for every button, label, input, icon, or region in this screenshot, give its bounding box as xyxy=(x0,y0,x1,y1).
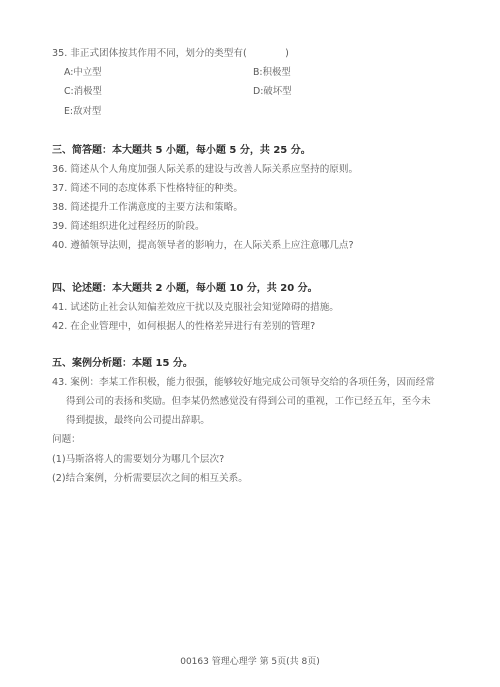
question-label: 问题： xyxy=(52,434,81,446)
question-43-case-line-1: 43.案例：李某工作积极，能力很强，能够较好地完成公司领导交给的各项任务，因而经… xyxy=(52,377,435,389)
question-text: 非正式团体按其作用不同，划分的类型有( ) xyxy=(70,48,289,59)
question-40: 40.遵循领导法则，提高领导者的影响力，在人际关系上应注意哪几点? xyxy=(52,240,354,252)
option-e: E:敌对型 xyxy=(64,106,101,118)
option-c: C:消极型 xyxy=(64,86,102,98)
question-text: 简述组织进化过程经历的阶段。 xyxy=(70,221,204,232)
question-39: 39.简述组织进化过程经历的阶段。 xyxy=(52,221,205,233)
question-number: 35. xyxy=(52,48,67,59)
question-41: 41.试述防止社会认知偏差效应干扰以及克服社会知觉障碍的措施。 xyxy=(52,302,339,314)
question-number: 39. xyxy=(52,221,67,232)
page-footer: 00163 管理心理学 第 5页(共 8页) xyxy=(0,656,500,668)
question-number: 40. xyxy=(52,240,67,251)
option-a: A:中立型 xyxy=(64,67,102,79)
question-43-case-line-3: 得到提拔，最终向公司提出辞职。 xyxy=(66,415,210,427)
question-35: 35.非正式团体按其作用不同，划分的类型有( ) xyxy=(52,48,289,60)
question-text: 简述提升工作满意度的主要方法和策略。 xyxy=(70,202,243,213)
question-42: 42.在企业管理中，如何根据人的性格差异进行有差别的管理? xyxy=(52,321,315,333)
case-text: 案例：李某工作积极，能力很强，能够较好地完成公司领导交给的各项任务，因而经常 xyxy=(70,377,435,388)
sub-question-1: (1)马斯洛将人的需要划分为哪几个层次? xyxy=(52,454,224,466)
question-number: 36. xyxy=(52,164,67,175)
option-b: B:积极型 xyxy=(253,67,291,79)
section-heading-case-analysis: 五、案例分析题：本题 15 分。 xyxy=(52,358,193,370)
section-heading-essay: 四、论述题：本大题共 2 小题，每小题 10 分，共 20 分。 xyxy=(52,283,318,295)
question-number: 41. xyxy=(52,302,67,313)
question-38: 38.简述提升工作满意度的主要方法和策略。 xyxy=(52,202,243,214)
sub-question-2: (2)结合案例，分析需要层次之间的相互关系。 xyxy=(52,473,248,485)
question-number: 37. xyxy=(52,183,67,194)
option-d: D:破坏型 xyxy=(253,86,292,98)
question-36: 36.简述从个人角度加强人际关系的建设与改善人际关系应坚持的原则。 xyxy=(52,164,358,176)
question-number: 38. xyxy=(52,202,67,213)
question-number: 43. xyxy=(52,377,67,388)
question-text: 试述防止社会认知偏差效应干扰以及克服社会知觉障碍的措施。 xyxy=(70,302,339,313)
question-number: 42. xyxy=(52,321,67,332)
question-text: 简述从个人角度加强人际关系的建设与改善人际关系应坚持的原则。 xyxy=(70,164,358,175)
question-37: 37.简述不同的态度体系下性格特征的种类。 xyxy=(52,183,243,195)
question-text: 遵循领导法则，提高领导者的影响力，在人际关系上应注意哪几点? xyxy=(70,240,353,251)
question-43-case-line-2: 得到公司的表扬和奖励。但李某仍然感觉没有得到公司的重视，工作已经五年，至今未 xyxy=(66,396,431,408)
section-heading-short-answer: 三、简答题：本大题共 5 小题，每小题 5 分，共 25 分。 xyxy=(52,145,311,157)
question-text: 在企业管理中，如何根据人的性格差异进行有差别的管理? xyxy=(70,321,315,332)
question-text: 简述不同的态度体系下性格特征的种类。 xyxy=(70,183,243,194)
